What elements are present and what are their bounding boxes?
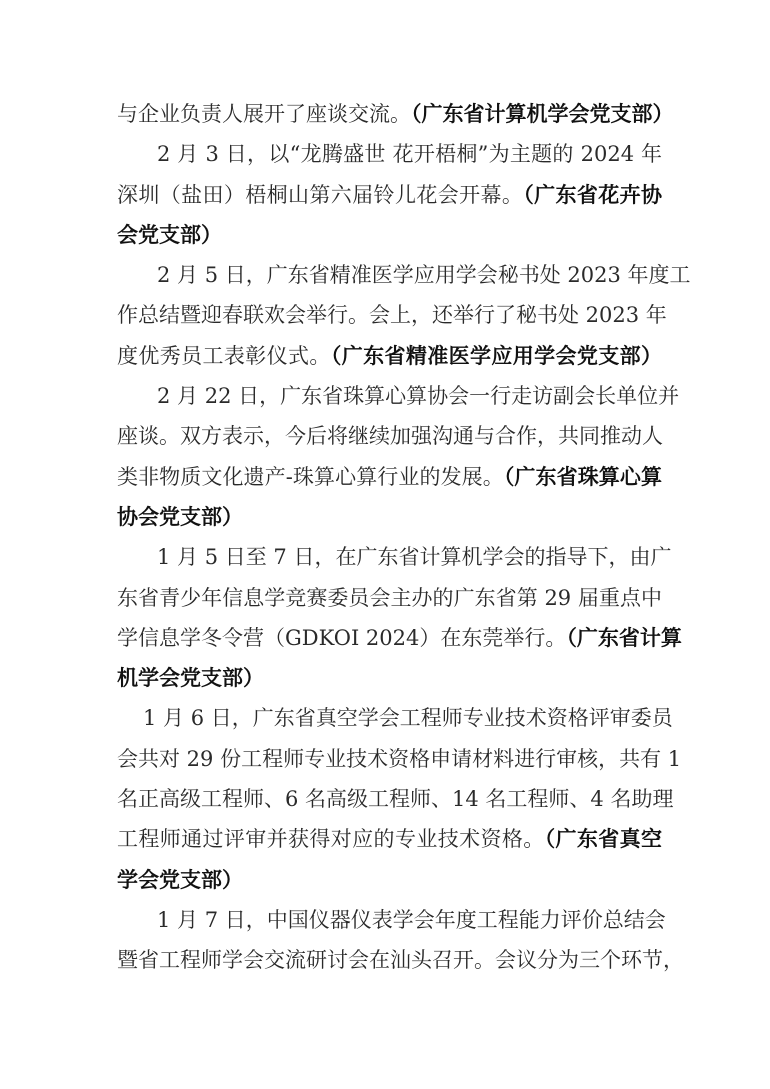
text-line: 工程师通过评审并获得对应的专业技术资格。（广东省真空 xyxy=(117,819,662,859)
paragraph-text: 东省青少年信息学竞赛委员会主办的广东省第 29 届重点中 xyxy=(117,586,662,610)
text-line: 会党支部） xyxy=(117,215,662,255)
text-line: 学信息学冬令营（GDKOI 2024）在东莞举行。（广东省计算 xyxy=(117,618,662,658)
text-line: 度优秀员工表彰仪式。（广东省精准医学应用学会党支部） xyxy=(117,336,662,376)
document-page: 与企业负责人展开了座谈交流。（广东省计算机学会党支部） 2 月 3 日，以“龙腾… xyxy=(117,94,662,981)
text-line: 深圳（盐田）梧桐山第六届铃儿花会开幕。（广东省花卉协 xyxy=(117,175,662,215)
paragraph-text: 工程师通过评审并获得对应的专业技术资格。 xyxy=(117,827,545,851)
paragraph-text: 1 月 7 日，中国仪器仪表学会年度工程能力评价总结会 xyxy=(157,908,666,932)
source-attribution: 协会党支部） xyxy=(117,504,243,529)
text-line: 学会党支部） xyxy=(117,860,662,900)
text-line: 座谈。双方表示，今后将继续加强沟通与合作，共同推动人 xyxy=(117,416,662,456)
source-attribution: （广东省珠算心算 xyxy=(504,464,662,489)
source-attribution: （广东省花卉协 xyxy=(523,182,662,207)
text-line: 2 月 5 日，广东省精准医学应用学会秘书处 2023 年度工 xyxy=(117,255,662,295)
source-attribution: 会党支部） xyxy=(117,222,222,247)
source-attribution: （广东省计算机学会党支部） xyxy=(411,101,674,126)
paragraph-text: 2 月 5 日，广东省精准医学应用学会秘书处 2023 年度工 xyxy=(157,263,691,287)
paragraph-text: 名正高级工程师、6 名高级工程师、14 名工程师、4 名助理 xyxy=(117,787,673,811)
paragraph-text: 度优秀员工表彰仪式。 xyxy=(117,344,331,368)
text-line: 协会党支部） xyxy=(117,497,662,537)
paragraph-text: 1 月 5 日至 7 日，在广东省计算机学会的指导下，由广 xyxy=(157,545,671,569)
text-line: 2 月 22 日，广东省珠算心算协会一行走访副会长单位并 xyxy=(117,376,662,416)
source-attribution: 学会党支部） xyxy=(117,867,243,892)
paragraph-text: 1 月 6 日，广东省真空学会工程师专业技术资格评审委员 xyxy=(143,706,673,730)
text-line: 作总结暨迎春联欢会举行。会上，还举行了秘书处 2023 年 xyxy=(117,295,662,335)
paragraph-text: 座谈。双方表示，今后将继续加强沟通与合作，共同推动人 xyxy=(117,424,663,448)
paragraph-text: 学信息学冬令营（GDKOI 2024）在东莞举行。 xyxy=(117,626,566,650)
text-line: 2 月 3 日，以“龙腾盛世 花开梧桐”为主题的 2024 年 xyxy=(117,134,662,174)
source-attribution: （广东省真空 xyxy=(545,826,662,851)
paragraph-text: 深圳（盐田）梧桐山第六届铃儿花会开幕。 xyxy=(117,183,523,207)
paragraph-text: 2 月 3 日，以“龙腾盛世 花开梧桐”为主题的 2024 年 xyxy=(157,142,662,166)
text-line: 暨省工程师学会交流研讨会在汕头召开。会议分为三个环节， xyxy=(117,940,662,980)
text-line: 名正高级工程师、6 名高级工程师、14 名工程师、4 名助理 xyxy=(117,779,662,819)
paragraph-text: 暨省工程师学会交流研讨会在汕头召开。会议分为三个环节， xyxy=(117,948,684,972)
paragraph-text: 2 月 22 日，广东省珠算心算协会一行走访副会长单位并 xyxy=(157,384,679,408)
text-line: 1 月 6 日，广东省真空学会工程师专业技术资格评审委员 xyxy=(117,698,662,738)
text-line: 会共对 29 份工程师专业技术资格申请材料进行审核，共有 1 xyxy=(117,739,662,779)
paragraph-text: 类非物质文化遗产-珠算心算行业的发展。 xyxy=(117,465,504,489)
paragraph-text: 作总结暨迎春联欢会举行。会上，还举行了秘书处 2023 年 xyxy=(117,303,667,327)
source-attribution: （广东省精准医学应用学会党支部） xyxy=(331,343,662,368)
text-line: 与企业负责人展开了座谈交流。（广东省计算机学会党支部） xyxy=(117,94,662,134)
text-line: 1 月 7 日，中国仪器仪表学会年度工程能力评价总结会 xyxy=(117,900,662,940)
text-line: 1 月 5 日至 7 日，在广东省计算机学会的指导下，由广 xyxy=(117,537,662,577)
paragraph-text: 会共对 29 份工程师专业技术资格申请材料进行审核，共有 1 xyxy=(117,747,681,771)
source-attribution: 机学会党支部） xyxy=(117,665,264,690)
text-line: 东省青少年信息学竞赛委员会主办的广东省第 29 届重点中 xyxy=(117,578,662,618)
source-attribution: （广东省计算 xyxy=(566,625,682,650)
text-line: 类非物质文化遗产-珠算心算行业的发展。（广东省珠算心算 xyxy=(117,457,662,497)
paragraph-text: 与企业负责人展开了座谈交流。 xyxy=(117,102,411,126)
text-line: 机学会党支部） xyxy=(117,658,662,698)
